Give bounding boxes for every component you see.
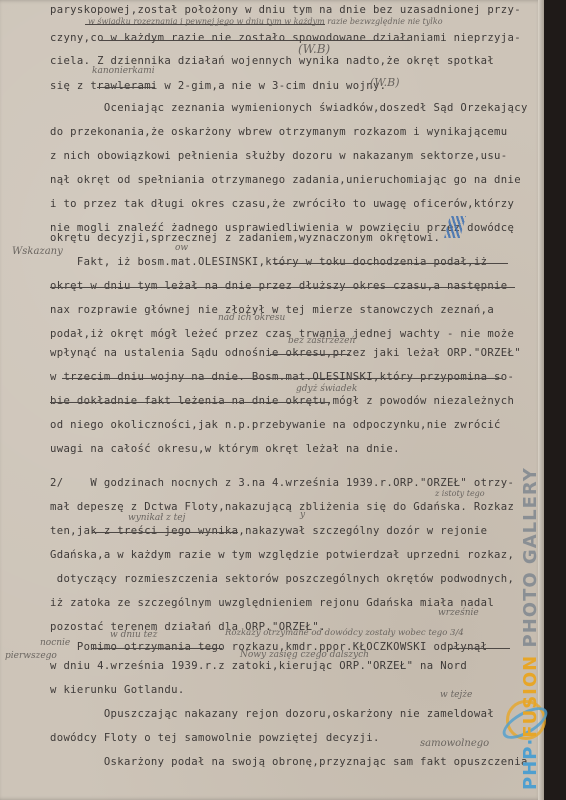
text-line: paryskopowej,został położony w dniu tym … [50, 3, 521, 17]
handwritten-note: w dniu też [110, 630, 157, 640]
handwritten-note: ow [175, 243, 188, 253]
text-line: od niego okoliczności,jak n.p.przebywani… [50, 418, 501, 432]
strikethrough [450, 648, 510, 649]
watermark: PHP·FUSION PHOTO GALLERY [520, 467, 541, 790]
text-line: Gdańska,a w każdym razie w tym względzie… [50, 548, 514, 562]
text-line: się z trawlerami w 2-gim,a nie w 3-cim d… [50, 79, 386, 93]
text-line: uwagi na całość okresu,w którym okręt le… [50, 442, 400, 456]
handwritten-note: (W.B) [298, 42, 330, 56]
text-line: podał,iż okręt mógł leżeć przez czas trw… [50, 327, 514, 341]
strikethrough [97, 87, 155, 88]
text-line: okrętu decyzji,sprzecznej z zadaniem,wyz… [50, 231, 440, 245]
handwritten-note: wynikał z tej [128, 513, 185, 523]
handwritten-note: kanonierkami [92, 66, 155, 76]
text-line: Oceniając zeznania wymienionych świadków… [50, 101, 528, 115]
handwritten-note: Rozkazy otrzymane od dowódcy zostały wob… [225, 628, 464, 638]
text-line: do przekonania,że oskarżony wbrew otrzym… [50, 125, 508, 139]
handwritten-note: pierwszego [5, 651, 57, 661]
text-line: w dniu 4.września 1939.r.z zatoki,kieruj… [50, 659, 467, 673]
text-line: z nich obowiązkowi pełnienia służby dozo… [50, 149, 508, 163]
handwritten-note: w świadku rozeznania i pewnej jego w dni… [88, 17, 443, 26]
strikethrough [62, 378, 502, 379]
handwritten-note: Wskazany [12, 246, 63, 257]
handwritten-note: z istoty tego [435, 489, 485, 498]
handwritten-note: nad ich okresu [218, 313, 285, 323]
text-line: i to przez tak długi okres czasu,że zwró… [50, 197, 514, 211]
text-line: nął okręt od spełniania otrzymanego zada… [50, 173, 521, 187]
strikethrough [92, 648, 222, 649]
text-line: mał depeszę z Dctwa Floty,nakazującą zbl… [50, 500, 514, 514]
text-line: Opuszczając nakazany rejon dozoru,oskarż… [50, 707, 494, 721]
text-line: Oskarżony podał na swoją obronę,przyznaj… [50, 755, 528, 769]
strikethrough [50, 402, 330, 403]
watermark-gallery: PHOTO GALLERY [520, 467, 541, 647]
handwritten-note: w tejże [440, 690, 472, 700]
handwritten-note: nocnie [40, 638, 70, 648]
text-line: ten,jak z treści jego wynika,nakazywał s… [50, 524, 487, 538]
text-line: okręt w dniu tym leżał na dnie przez dłu… [50, 279, 508, 293]
text-line: 2/ W godzinach nocnych z 3.na 4.września… [50, 476, 514, 490]
typed-text-body: paryskopowej,został położony w dniu tym … [0, 0, 542, 800]
text-line: w kierunku Gotlandu. [50, 683, 185, 697]
strikethrough [92, 532, 238, 533]
handwritten-note: Nowy zasięg czego dalszych [240, 650, 369, 660]
handwritten-note: samowolnego [420, 738, 489, 749]
text-line: Fakt, iż bosm.mat.OLESINSKI,który w toku… [50, 255, 487, 269]
handwritten-note: bez zastrzeżeń [288, 336, 355, 346]
strikethrough [270, 354, 350, 355]
text-line: dotyczący rozmieszczenia sektorów poszcz… [50, 572, 514, 586]
text-line: wpłynąć na ustalenia Sądu odnośnie okres… [50, 346, 521, 360]
text-line: dowódcy Floty o tej samowolnie powziętej… [50, 731, 380, 745]
handwritten-note: y [300, 510, 305, 520]
handwritten-note: gdyż świadek [296, 384, 357, 394]
watermark-fusion: FUSION [520, 655, 541, 738]
strikethrough [273, 263, 508, 264]
strikethrough [50, 287, 515, 288]
watermark-php: PHP [520, 746, 541, 790]
handwritten-note: (W.B) [370, 76, 400, 89]
handwritten-note: wrześnie [438, 608, 479, 618]
text-line: bie dokładnie fakt leżenia na dnie okręt… [50, 394, 514, 408]
watermark-separator: · [520, 738, 541, 746]
text-line: w trzecim dniu wojny na dnie. Bosm.mat.O… [50, 370, 514, 384]
text-line: iż zatoka ze szczególnym uwzględnieniem … [50, 596, 494, 610]
strikethrough [100, 40, 410, 41]
text-line: czyny,co w każdym razie nie zostało spow… [50, 31, 521, 45]
